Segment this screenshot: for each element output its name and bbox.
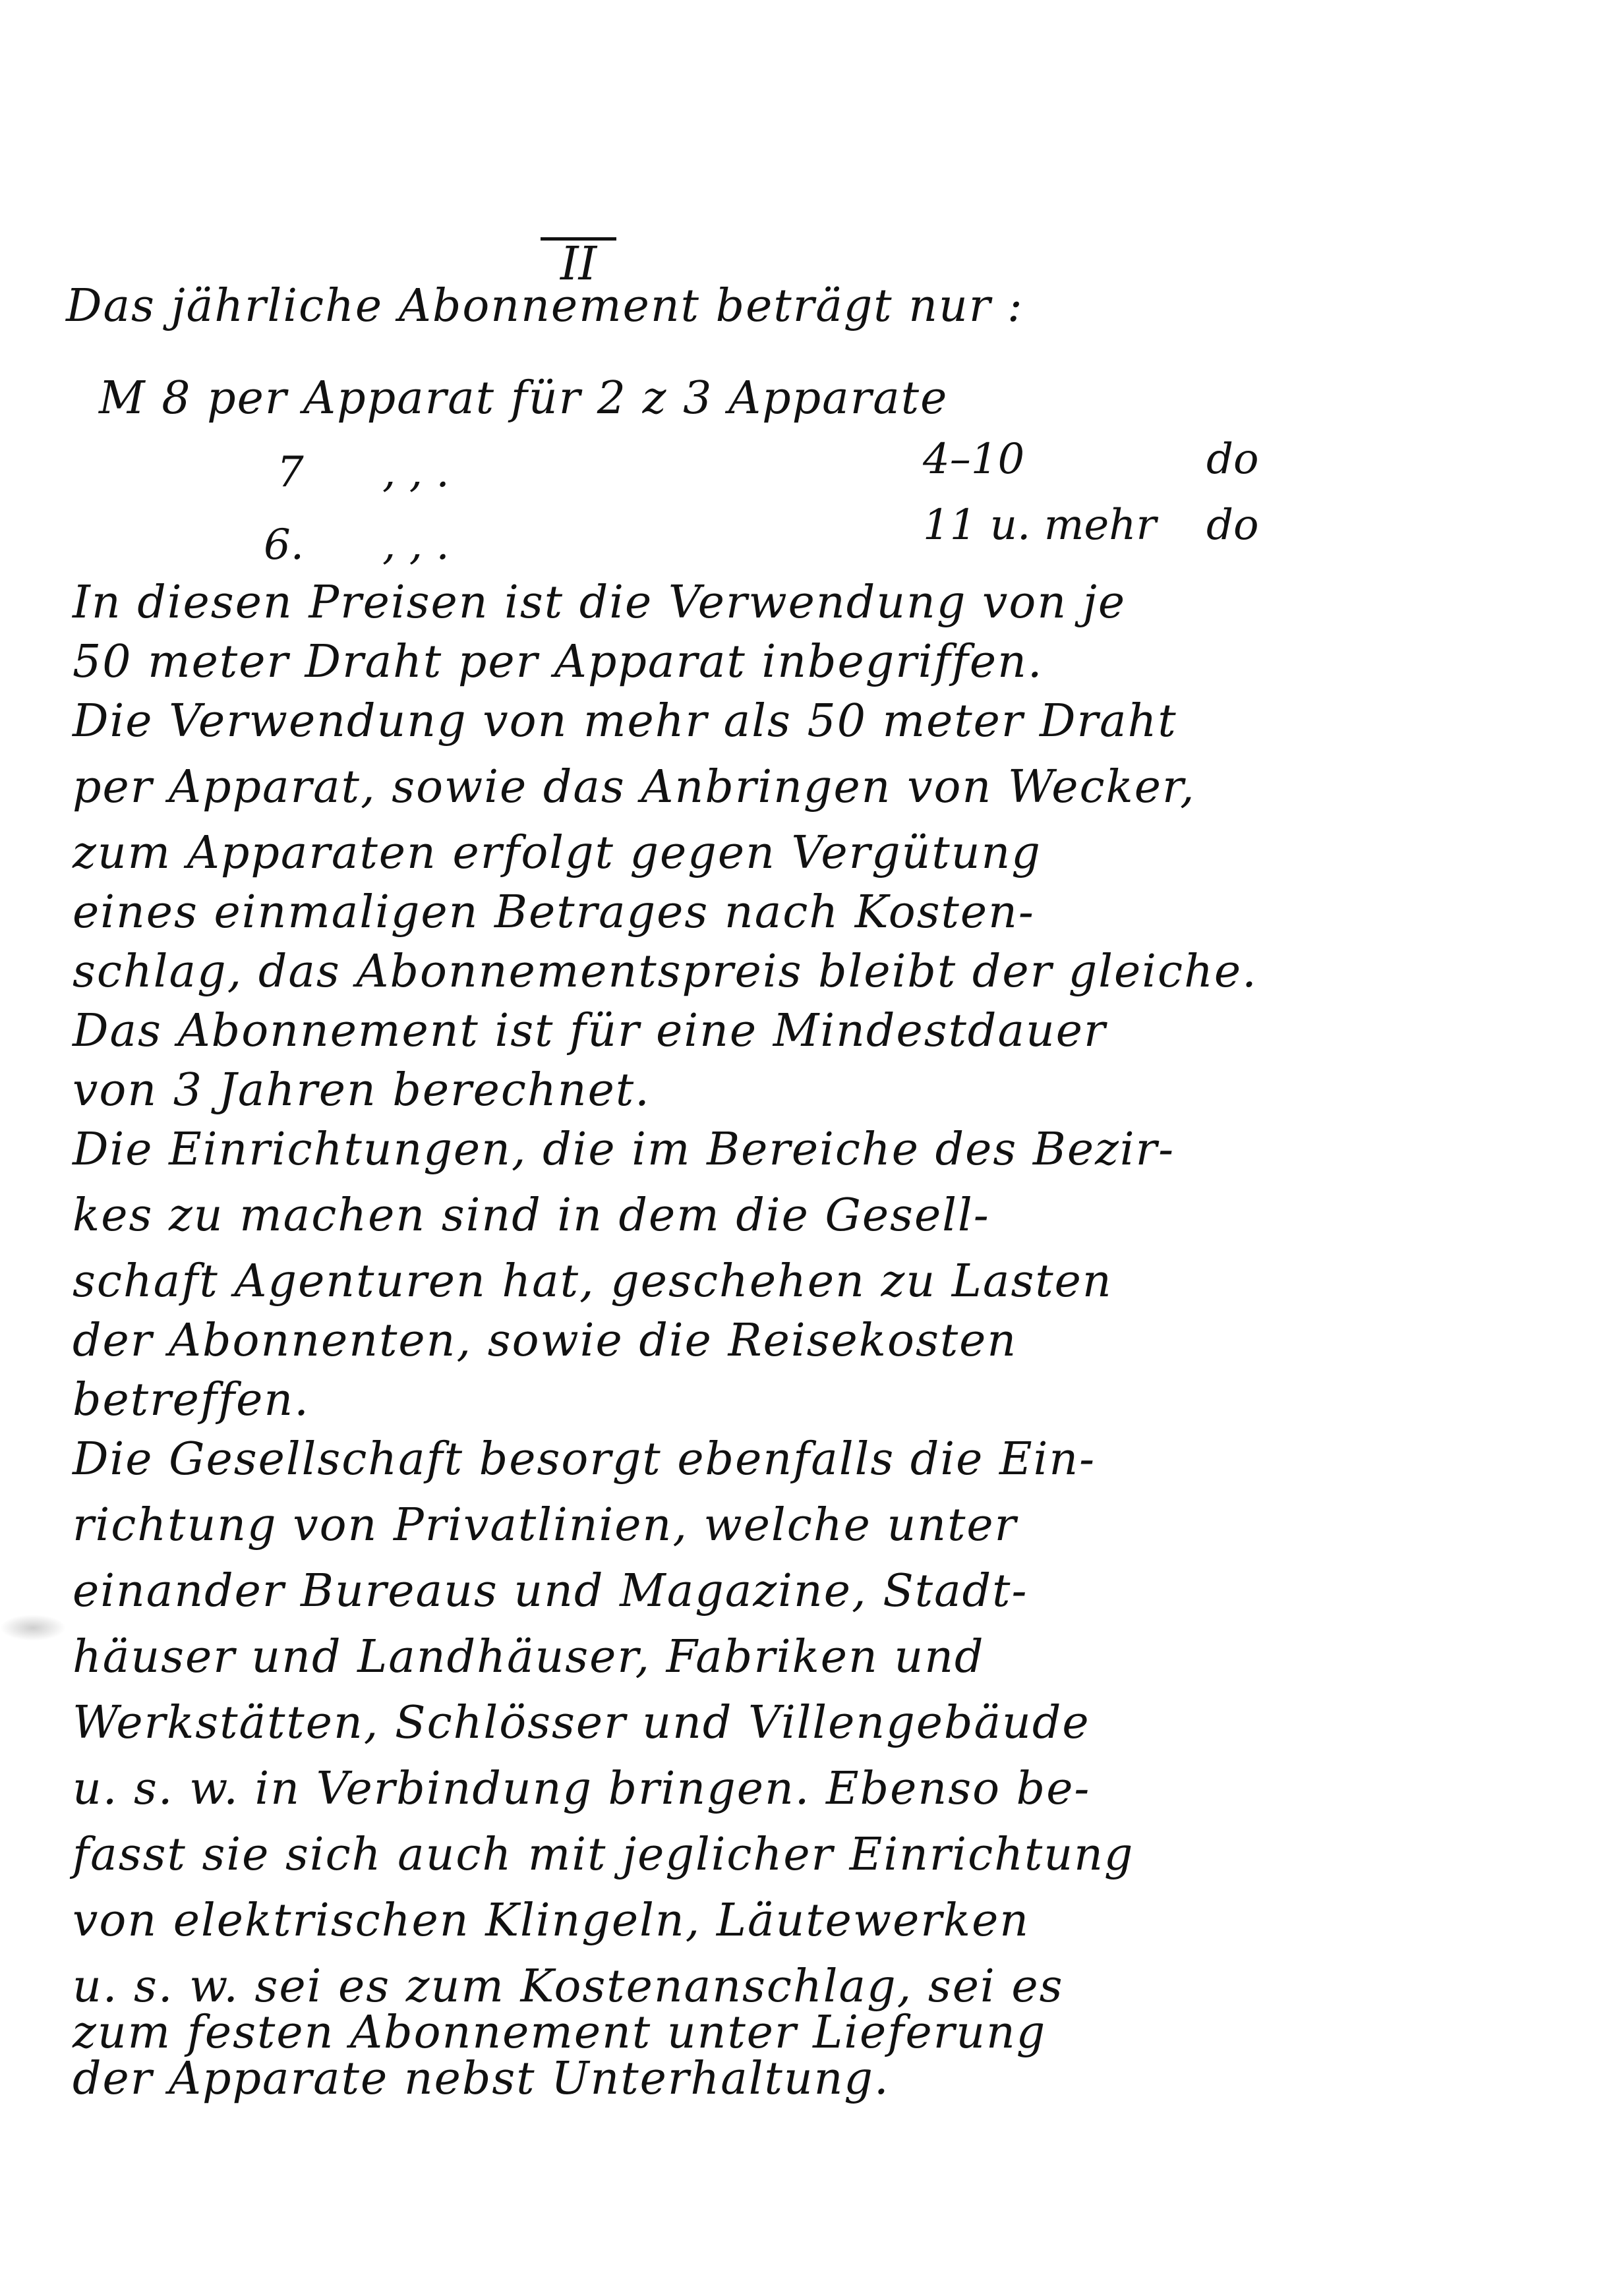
tariff-row-3-dots: , , .	[382, 521, 450, 569]
body-line: schlag, das Abonnementspreis bleibt der …	[73, 942, 1258, 1002]
body-line: Die Gesellschaft besorgt ebenfalls die E…	[73, 1430, 1096, 1489]
body-line: der Apparate nebst Unterhaltung.	[73, 2050, 890, 2109]
body-line: Die Einrichtungen, die im Bereiche des B…	[73, 1120, 1175, 1180]
body-line: Werkstätten, Schlösser und Villengebäude	[73, 1694, 1090, 1753]
body-line: der Abonnenten, sowie die Reisekosten	[73, 1311, 1017, 1371]
body-line: häuser und Landhäuser, Fabriken und	[73, 1628, 985, 1687]
body-line: 50 meter Draht per Apparat inbegriffen.	[73, 633, 1044, 692]
tariff-row-2-range: 4–10	[923, 435, 1024, 484]
tariff-row-1: M 8 per Apparat für 2 z 3 Apparate	[99, 369, 948, 428]
body-line: eines einmaligen Betrages nach Kosten-	[73, 883, 1035, 942]
tariff-row-3-ditto: do	[1206, 501, 1259, 550]
body-line: Die Verwendung von mehr als 50 meter Dra…	[73, 692, 1177, 751]
scan-smudge	[0, 1615, 66, 1641]
body-line: Das Abonnement ist für eine Mindestdauer	[73, 1002, 1107, 1061]
body-line: In diesen Preisen ist die Verwendung von…	[73, 573, 1126, 633]
body-line: fasst sie sich auch mit jeglicher Einric…	[73, 1825, 1134, 1885]
body-line: einander Bureaus und Magazine, Stadt-	[73, 1562, 1028, 1621]
body-line: kes zu machen sind in dem die Gesell-	[73, 1186, 990, 1246]
body-line: zum Apparaten erfolgt gegen Vergütung	[73, 824, 1042, 883]
body-line: von elektrischen Klingeln, Läutewerken	[73, 1891, 1030, 1951]
body-line: richtung von Privatlinien, welche unter	[73, 1496, 1017, 1555]
body-line: von 3 Jahren berechnet.	[73, 1061, 651, 1120]
tariff-row-3-range: 11 u. mehr	[923, 501, 1156, 550]
tariff-row-2-price: 7	[277, 448, 304, 497]
handwritten-page: II Das jährliche Abonnement beträgt nur …	[0, 0, 1619, 2296]
tariff-row-2-dots: , , .	[382, 448, 450, 497]
body-line: u. s. w. in Verbindung bringen. Ebenso b…	[73, 1760, 1090, 1819]
body-line: per Apparat, sowie das Anbringen von Wec…	[73, 758, 1196, 817]
body-line: schaft Agenturen hat, geschehen zu Laste…	[73, 1252, 1113, 1311]
tariff-heading: Das jährliche Abonnement beträgt nur :	[66, 277, 1024, 336]
tariff-row-3-price: 6.	[264, 521, 304, 569]
tariff-row-2-ditto: do	[1206, 435, 1259, 484]
body-line: betreffen.	[73, 1371, 310, 1430]
